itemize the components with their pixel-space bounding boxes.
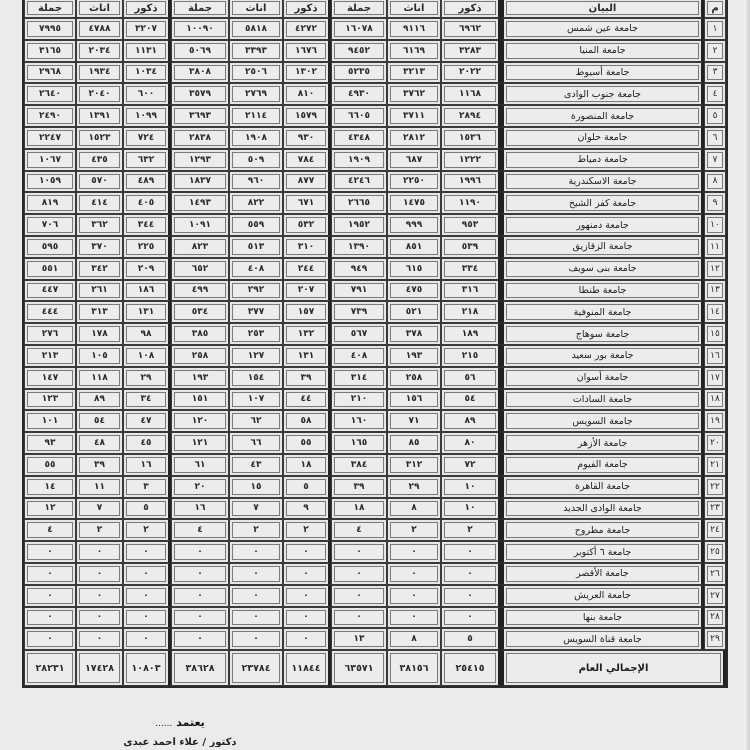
cell-total-1: ٠ [331, 607, 387, 629]
cell-females-3: ٢٠٣٤ [76, 40, 123, 62]
cell-females-1: ١٤٧٥ [387, 192, 441, 214]
table-row: ١٨جامعة السادات٥٤١٥٦٢١٠٤٤١٠٧١٥١٣٤٨٩١٢٣ [24, 389, 726, 411]
cell-total-2: ٣٨٥ [171, 323, 229, 345]
row-index: ١٥ [704, 323, 726, 345]
cell-males-1: ٨٠ [441, 432, 501, 454]
cell-males-3: ٠ [123, 628, 171, 650]
cell-total-3: ٤٤٧ [24, 280, 76, 302]
cell-total-1: ١٩٥٢ [331, 214, 387, 236]
university-name: جامعة جنوب الوادى [501, 83, 704, 105]
university-name: جامعة الاسكندرية [501, 171, 704, 193]
cell-females-3: ١١ [76, 476, 123, 498]
cell-females-3: ٥٧٠ [76, 171, 123, 193]
cell-females-1: ٨٥١ [387, 236, 441, 258]
cell-males-2: ٢٠٧ [283, 280, 331, 302]
cell-males-3: ٢ [123, 519, 171, 541]
cell-females-1: ٨ [387, 628, 441, 650]
table-row: ١٣جامعة طنطا٣١٦٤٧٥٧٩١٢٠٧٢٩٢٤٩٩١٨٦٢٦١٤٤٧ [24, 280, 726, 302]
cell-total-1: ٣٩ [331, 476, 387, 498]
row-index: ١٧ [704, 367, 726, 389]
cell-females-2: ٣٧٧ [229, 301, 283, 323]
cell-females-2: ٠ [229, 585, 283, 607]
table-row: ١٥جامعة سوهاج١٨٩٣٧٨٥٦٧١٣٢٢٥٣٣٨٥٩٨١٧٨٢٧٦ [24, 323, 726, 345]
cell-males-2: ٥٨ [283, 410, 331, 432]
cell-males-2: ١٦٧٦ [283, 40, 331, 62]
cell-males-1: ٠ [441, 563, 501, 585]
cell-males-2: ٠ [283, 563, 331, 585]
cell-total-2: ١٥١ [171, 389, 229, 411]
cell-total-1: ٥٦٧ [331, 323, 387, 345]
table-row: ٢٨جامعة بنها٠٠٠٠٠٠٠٠٠ [24, 607, 726, 629]
cell-males-3: ١٠٣٤ [123, 62, 171, 84]
cell-males-1: ٨٩ [441, 410, 501, 432]
total-females-1: ٣٨١٥٦ [387, 650, 441, 686]
cell-total-1: ٢٦٦٥ [331, 192, 387, 214]
university-name: جامعة الأزهر [501, 432, 704, 454]
university-statistics-table: م البيان ذكور اناث جملة ذكور اناث جملة ذ… [22, 0, 728, 688]
cell-total-3: ٩٣ [24, 432, 76, 454]
cell-males-3: ٣٤٤ [123, 214, 171, 236]
row-index: ٢٤ [704, 519, 726, 541]
cell-males-2: ٠ [283, 541, 331, 563]
cell-total-3: ٨١٩ [24, 192, 76, 214]
cell-total-3: ٤٤٤ [24, 301, 76, 323]
cell-total-2: ١٨٣٧ [171, 171, 229, 193]
cell-females-1: ١٩٣ [387, 345, 441, 367]
cell-total-3: ٧٩٩٥ [24, 18, 76, 40]
row-index: ١ [704, 18, 726, 40]
approval-footer: يعتمد ...... دكتور / علاء أحمد عبدى [60, 716, 300, 747]
cell-males-2: ١٣٠٢ [283, 62, 331, 84]
cell-females-1: ٥٢١ [387, 301, 441, 323]
row-index: ٧ [704, 149, 726, 171]
university-name: جامعة السادات [501, 389, 704, 411]
cell-females-1: ٦٨٧ [387, 149, 441, 171]
cell-females-3: ١٣٩١ [76, 105, 123, 127]
cell-total-2: ٣٥٧٩ [171, 83, 229, 105]
cell-females-1: ١٥٦ [387, 389, 441, 411]
cell-total-1: ٠ [331, 563, 387, 585]
cell-females-2: ٢٩٢ [229, 280, 283, 302]
cell-total-3: ١٢ [24, 498, 76, 520]
cell-total-2: ٤٩٩ [171, 280, 229, 302]
university-name: جامعة أسيوط [501, 62, 704, 84]
cell-males-1: ٥٣٩ [441, 236, 501, 258]
cell-females-2: ٨٢٢ [229, 192, 283, 214]
cell-total-3: ٣١٦٥ [24, 40, 76, 62]
total-total-2: ٣٨٦٢٨ [171, 650, 229, 686]
cell-total-2: ٠ [171, 628, 229, 650]
table-row: ٩جامعة كفر الشيخ١١٩٠١٤٧٥٢٦٦٥٦٧١٨٢٢١٤٩٣٤٠… [24, 192, 726, 214]
cell-total-2: ٢٨٣٨ [171, 127, 229, 149]
cell-total-1: ٢١٠ [331, 389, 387, 411]
cell-females-2: ٢٧٦٩ [229, 83, 283, 105]
cell-females-3: ٣٩ [76, 454, 123, 476]
cell-females-1: ٧١ [387, 410, 441, 432]
cell-males-1: ٥٦ [441, 367, 501, 389]
cell-total-1: ١٦٥ [331, 432, 387, 454]
header-males-3: ذكور [123, 0, 171, 18]
table-row: ٢٣جامعة الوادى الجديد١٠٨١٨٩٧١٦٥٧١٢ [24, 498, 726, 520]
table-row: ٢٠جامعة الأزهر٨٠٨٥١٦٥٥٥٦٦١٢١٤٥٤٨٩٣ [24, 432, 726, 454]
cell-males-1: ٥ [441, 628, 501, 650]
cell-males-3: ٤٥ [123, 432, 171, 454]
row-index: ٢ [704, 40, 726, 62]
cell-males-1: ١١٩٠ [441, 192, 501, 214]
university-name: جامعة دمنهور [501, 214, 704, 236]
cell-females-2: ٢ [229, 519, 283, 541]
total-females-3: ١٧٤٢٨ [76, 650, 123, 686]
cell-males-2: ٠ [283, 585, 331, 607]
cell-total-1: ٤ [331, 519, 387, 541]
approve-label: يعتمد [176, 716, 205, 729]
cell-females-1: ٢ [387, 519, 441, 541]
cell-males-1: ٥٤ [441, 389, 501, 411]
cell-females-2: ٦٦ [229, 432, 283, 454]
header-males-1: ذكور [441, 0, 501, 18]
cell-males-1: ٦٩٦٢ [441, 18, 501, 40]
table-row: ٦جامعة حلوان١٥٣٦٢٨١٢٤٣٤٨٩٣٠١٩٠٨٢٨٣٨٧٢٤١٥… [24, 127, 726, 149]
cell-males-3: ١٨٦ [123, 280, 171, 302]
cell-total-2: ٦١ [171, 454, 229, 476]
row-index: ١٤ [704, 301, 726, 323]
university-name: جامعة بنها [501, 607, 704, 629]
signer-name: دكتور / علاء أحمد عبدى [60, 737, 300, 747]
cell-males-3: ٤٠٥ [123, 192, 171, 214]
university-name: جامعة دمياط [501, 149, 704, 171]
table-row: ٢١جامعة الفيوم٧٢٣١٢٣٨٤١٨٤٣٦١١٦٣٩٥٥ [24, 454, 726, 476]
cell-males-2: ٩ [283, 498, 331, 520]
row-index: ٢٦ [704, 563, 726, 585]
cell-total-3: ١٤٧ [24, 367, 76, 389]
cell-males-3: ٤٨٩ [123, 171, 171, 193]
table-header-row: م البيان ذكور اناث جملة ذكور اناث جملة ذ… [24, 0, 726, 18]
cell-males-3: ٠ [123, 541, 171, 563]
cell-males-3: ١٣١ [123, 301, 171, 323]
table-row: ٢٦جامعة الأقصر٠٠٠٠٠٠٠٠٠ [24, 563, 726, 585]
table-row: ٥جامعة المنصورة٢٨٩٤٣٧١١٦٦٠٥١٥٧٩٢١١٤٣٦٩٣١… [24, 105, 726, 127]
university-name: جامعة ٦ أكتوبر [501, 541, 704, 563]
cell-males-1: ٩٥٣ [441, 214, 501, 236]
row-index: ٢٠ [704, 432, 726, 454]
table-body: ١جامعة عين شمس٦٩٦٢٩١١٦١٦٠٧٨٤٢٧٢٥٨١٨١٠٠٩٠… [24, 18, 726, 686]
cell-females-2: ٧ [229, 498, 283, 520]
total-total-3: ٢٨٢٣١ [24, 650, 76, 686]
cell-females-3: ٣٦٢ [76, 214, 123, 236]
cell-total-1: ١٣٩٠ [331, 236, 387, 258]
cell-females-2: ١٥٤ [229, 367, 283, 389]
cell-females-3: ٢ [76, 519, 123, 541]
cell-males-1: ٣٢٨٣ [441, 40, 501, 62]
cell-females-3: ٠ [76, 563, 123, 585]
cell-total-2: ٦٥٢ [171, 258, 229, 280]
row-index: ٢١ [704, 454, 726, 476]
cell-males-2: ٥ [283, 476, 331, 498]
cell-males-3: ٠ [123, 607, 171, 629]
cell-females-3: ٤٨ [76, 432, 123, 454]
cell-females-3: ٨٩ [76, 389, 123, 411]
row-index: ٢٥ [704, 541, 726, 563]
cell-females-2: ٥٠٩ [229, 149, 283, 171]
table-row: ١٧جامعة أسوان٥٦٢٥٨٣١٤٣٩١٥٤١٩٣٢٩١١٨١٤٧ [24, 367, 726, 389]
cell-total-3: ١٤ [24, 476, 76, 498]
cell-males-2: ٠ [283, 607, 331, 629]
cell-males-1: ١٠ [441, 476, 501, 498]
cell-total-2: ٣٦٩٣ [171, 105, 229, 127]
cell-males-1: ٠ [441, 541, 501, 563]
cell-females-1: ٨ [387, 498, 441, 520]
cell-total-3: ٢٦٤٠ [24, 83, 76, 105]
row-index: ٣ [704, 62, 726, 84]
university-name: جامعة سوهاج [501, 323, 704, 345]
cell-total-1: ١٨ [331, 498, 387, 520]
cell-males-2: ٨١٠ [283, 83, 331, 105]
total-males-2: ١١٨٤٤ [283, 650, 331, 686]
cell-total-3: ٢٤٩٠ [24, 105, 76, 127]
cell-females-2: ٦٢ [229, 410, 283, 432]
cell-females-2: ١٠٧ [229, 389, 283, 411]
cell-males-3: ١٠٨ [123, 345, 171, 367]
cell-females-1: ٠ [387, 585, 441, 607]
cell-females-2: ٠ [229, 541, 283, 563]
cell-females-1: ٤٧٥ [387, 280, 441, 302]
cell-females-1: ٣٧٨ [387, 323, 441, 345]
header-females-3: اناث [76, 0, 123, 18]
cell-females-1: ٣٧٦٢ [387, 83, 441, 105]
cell-total-1: ٩٤٥٢ [331, 40, 387, 62]
table-row: ١٤جامعة المنوفية٢١٨٥٢١٧٣٩١٥٧٣٧٧٥٣٤١٣١٣١٣… [24, 301, 726, 323]
row-index: ٩ [704, 192, 726, 214]
cell-total-3: ١٠٦٧ [24, 149, 76, 171]
university-name: جامعة مطروح [501, 519, 704, 541]
cell-males-3: ٢٠٩ [123, 258, 171, 280]
table-row: ١٠جامعة دمنهور٩٥٣٩٩٩١٩٥٢٥٣٢٥٥٩١٠٩١٣٤٤٣٦٢… [24, 214, 726, 236]
row-index: ١٢ [704, 258, 726, 280]
cell-females-2: ٥١٣ [229, 236, 283, 258]
cell-males-1: ١٢٢٢ [441, 149, 501, 171]
cell-total-1: ٧٣٩ [331, 301, 387, 323]
cell-total-2: ٣٨٠٨ [171, 62, 229, 84]
cell-females-2: ٣٣٩٣ [229, 40, 283, 62]
university-name: جامعة الفيوم [501, 454, 704, 476]
cell-males-1: ١٨٩ [441, 323, 501, 345]
cell-total-2: ١٠٠٩٠ [171, 18, 229, 40]
cell-males-3: ٦٣٢ [123, 149, 171, 171]
table-row: ٧جامعة دمياط١٢٢٢٦٨٧١٩٠٩٧٨٤٥٠٩١٢٩٣٦٣٢٤٣٥١… [24, 149, 726, 171]
university-name: جامعة الوادى الجديد [501, 498, 704, 520]
cell-females-1: ٢٩ [387, 476, 441, 498]
row-index: ١٠ [704, 214, 726, 236]
cell-females-3: ٤١٤ [76, 192, 123, 214]
cell-males-3: ٣٢٠٧ [123, 18, 171, 40]
cell-females-1: ٣١٢ [387, 454, 441, 476]
cell-females-3: ٤٧٨٨ [76, 18, 123, 40]
cell-total-3: ٢٩٦٨ [24, 62, 76, 84]
cell-males-1: ٢٨٩٤ [441, 105, 501, 127]
header-females-1: اناث [387, 0, 441, 18]
cell-males-3: ٩٨ [123, 323, 171, 345]
row-index: ٦ [704, 127, 726, 149]
university-name: جامعة قناة السويس [501, 628, 704, 650]
table-row: ٤جامعة جنوب الوادى١١٦٨٣٧٦٢٤٩٣٠٨١٠٢٧٦٩٣٥٧… [24, 83, 726, 105]
cell-females-2: ٠ [229, 628, 283, 650]
cell-females-2: ٢٥٠٦ [229, 62, 283, 84]
cell-males-2: ١٥٧ [283, 301, 331, 323]
cell-females-1: ٢٥٨ [387, 367, 441, 389]
cell-females-3: ٥٤ [76, 410, 123, 432]
row-index: ١١ [704, 236, 726, 258]
cell-total-1: ٤٩٣٠ [331, 83, 387, 105]
cell-females-3: ١٧٨ [76, 323, 123, 345]
row-index: ١٦ [704, 345, 726, 367]
cell-males-1: ٢ [441, 519, 501, 541]
university-name: جامعة أسوان [501, 367, 704, 389]
cell-females-1: ٦١٥ [387, 258, 441, 280]
cell-total-2: ٥٣٤ [171, 301, 229, 323]
cell-females-1: ٠ [387, 541, 441, 563]
cell-females-1: ٣٧١١ [387, 105, 441, 127]
cell-males-3: ٢٩ [123, 367, 171, 389]
cell-females-3: ١٩٣٤ [76, 62, 123, 84]
cell-females-2: ٢١١٤ [229, 105, 283, 127]
row-index: ٢٨ [704, 607, 726, 629]
cell-males-2: ٣٩ [283, 367, 331, 389]
cell-total-3: ٥٥ [24, 454, 76, 476]
row-index: ٢٧ [704, 585, 726, 607]
cell-females-3: ١١٨ [76, 367, 123, 389]
grand-total-label: الإجمالي العام [501, 650, 726, 686]
cell-total-3: ٢٧٦ [24, 323, 76, 345]
row-index: ٢٩ [704, 628, 726, 650]
table-row: ٢٤جامعة مطروح٢٢٤٢٢٤٢٢٤ [24, 519, 726, 541]
university-name: جامعة الزقازيق [501, 236, 704, 258]
cell-males-2: ١٣٢ [283, 323, 331, 345]
cell-total-1: ١٦٠ [331, 410, 387, 432]
cell-females-2: ٤٣ [229, 454, 283, 476]
university-name: جامعة السويس [501, 410, 704, 432]
cell-total-1: ٠ [331, 541, 387, 563]
header-total-2: جملة [171, 0, 229, 18]
cell-total-2: ٠ [171, 563, 229, 585]
cell-males-3: ٤٧ [123, 410, 171, 432]
table-row: ١٩جامعة السويس٨٩٧١١٦٠٥٨٦٢١٢٠٤٧٥٤١٠١ [24, 410, 726, 432]
cell-total-3: ٠ [24, 585, 76, 607]
table-row: ٢٢جامعة القاهرة١٠٢٩٣٩٥١٥٢٠٣١١١٤ [24, 476, 726, 498]
cell-total-2: ٥٠٦٩ [171, 40, 229, 62]
cell-females-3: ٠ [76, 541, 123, 563]
cell-females-3: ٤٣٥ [76, 149, 123, 171]
cell-total-2: ٠ [171, 585, 229, 607]
row-index: ٨ [704, 171, 726, 193]
cell-males-2: ٦٧١ [283, 192, 331, 214]
cell-females-3: ٠ [76, 585, 123, 607]
cell-total-1: ١٣ [331, 628, 387, 650]
cell-total-3: ١٢٣ [24, 389, 76, 411]
cell-females-2: ٠ [229, 607, 283, 629]
cell-females-3: ٠ [76, 607, 123, 629]
cell-males-2: ٠ [283, 628, 331, 650]
row-index: ٥ [704, 105, 726, 127]
cell-males-2: ٢ [283, 519, 331, 541]
cell-females-3: ٣٧٠ [76, 236, 123, 258]
table-row: ١١جامعة الزقازيق٥٣٩٨٥١١٣٩٠٣١٠٥١٣٨٢٣٢٢٥٣٧… [24, 236, 726, 258]
cell-females-2: ٥٥٩ [229, 214, 283, 236]
total-males-3: ١٠٨٠٣ [123, 650, 171, 686]
university-name: جامعة الأقصر [501, 563, 704, 585]
cell-total-1: ٤٢٤٦ [331, 171, 387, 193]
cell-females-3: ١٥٢٣ [76, 127, 123, 149]
cell-females-3: ٢٠٤٠ [76, 83, 123, 105]
cell-females-2: ٩٦٠ [229, 171, 283, 193]
table-row: ٨جامعة الاسكندرية١٩٩٦٢٢٥٠٤٢٤٦٨٧٧٩٦٠١٨٣٧٤… [24, 171, 726, 193]
cell-females-1: ٠ [387, 607, 441, 629]
cell-total-1: ٦٦٠٥ [331, 105, 387, 127]
table-row: ٢٧جامعة العريش٠٠٠٠٠٠٠٠٠ [24, 585, 726, 607]
header-index: م [704, 0, 726, 18]
cell-females-3: ٧ [76, 498, 123, 520]
cell-males-3: ١٠٩٩ [123, 105, 171, 127]
cell-females-1: ٦١٦٩ [387, 40, 441, 62]
cell-males-3: ٦٠٠ [123, 83, 171, 105]
cell-total-3: ٤ [24, 519, 76, 541]
cell-total-3: ٠ [24, 607, 76, 629]
cell-females-3: ٣١٣ [76, 301, 123, 323]
cell-males-1: ١٩٩٦ [441, 171, 501, 193]
cell-males-3: ٣ [123, 476, 171, 498]
university-name: جامعة المنيا [501, 40, 704, 62]
cell-females-2: ١٥ [229, 476, 283, 498]
university-name: جامعة طنطا [501, 280, 704, 302]
cell-females-1: ٩٩٩ [387, 214, 441, 236]
cell-males-3: ٠ [123, 563, 171, 585]
table-row: ٢٩جامعة قناة السويس٥٨١٣٠٠٠٠٠٠ [24, 628, 726, 650]
cell-females-1: ٣٢١٣ [387, 62, 441, 84]
cell-males-3: ١٦ [123, 454, 171, 476]
university-name: جامعة المنوفية [501, 301, 704, 323]
cell-males-3: ٧٢٤ [123, 127, 171, 149]
row-index: ٢٢ [704, 476, 726, 498]
cell-females-1: ٢٨١٢ [387, 127, 441, 149]
cell-males-2: ٥٣٢ [283, 214, 331, 236]
cell-males-2: ١٨ [283, 454, 331, 476]
table-row: ١٦جامعة بور سعيد٢١٥١٩٣٤٠٨١٣١١٢٧٢٥٨١٠٨١٠٥… [24, 345, 726, 367]
cell-total-2: ٢٥٨ [171, 345, 229, 367]
cell-males-1: ١٠ [441, 498, 501, 520]
cell-females-2: ٠ [229, 563, 283, 585]
cell-total-2: ١٢١ [171, 432, 229, 454]
cell-total-3: ٢٢٤٧ [24, 127, 76, 149]
cell-males-1: ٠ [441, 607, 501, 629]
cell-males-3: ٥ [123, 498, 171, 520]
grand-total-row: الإجمالي العام٢٥٤١٥٣٨١٥٦٦٣٥٧١١١٨٤٤٢٣٧٨٤٣… [24, 650, 726, 686]
header-males-2: ذكور [283, 0, 331, 18]
row-index: ٤ [704, 83, 726, 105]
cell-total-3: ١٠١ [24, 410, 76, 432]
cell-total-3: ٠ [24, 628, 76, 650]
cell-males-2: ١٣١ [283, 345, 331, 367]
cell-females-1: ٩١١٦ [387, 18, 441, 40]
university-name: جامعة حلوان [501, 127, 704, 149]
cell-males-1: ٢٠٢٢ [441, 62, 501, 84]
cell-males-1: ٧٢ [441, 454, 501, 476]
row-index: ١٩ [704, 410, 726, 432]
cell-total-2: ١٢٩٣ [171, 149, 229, 171]
cell-males-3: ٢٢٥ [123, 236, 171, 258]
total-females-2: ٢٣٧٨٤ [229, 650, 283, 686]
university-name: جامعة عين شمس [501, 18, 704, 40]
cell-total-1: ٤٣٤٨ [331, 127, 387, 149]
cell-total-1: ١٩٠٩ [331, 149, 387, 171]
